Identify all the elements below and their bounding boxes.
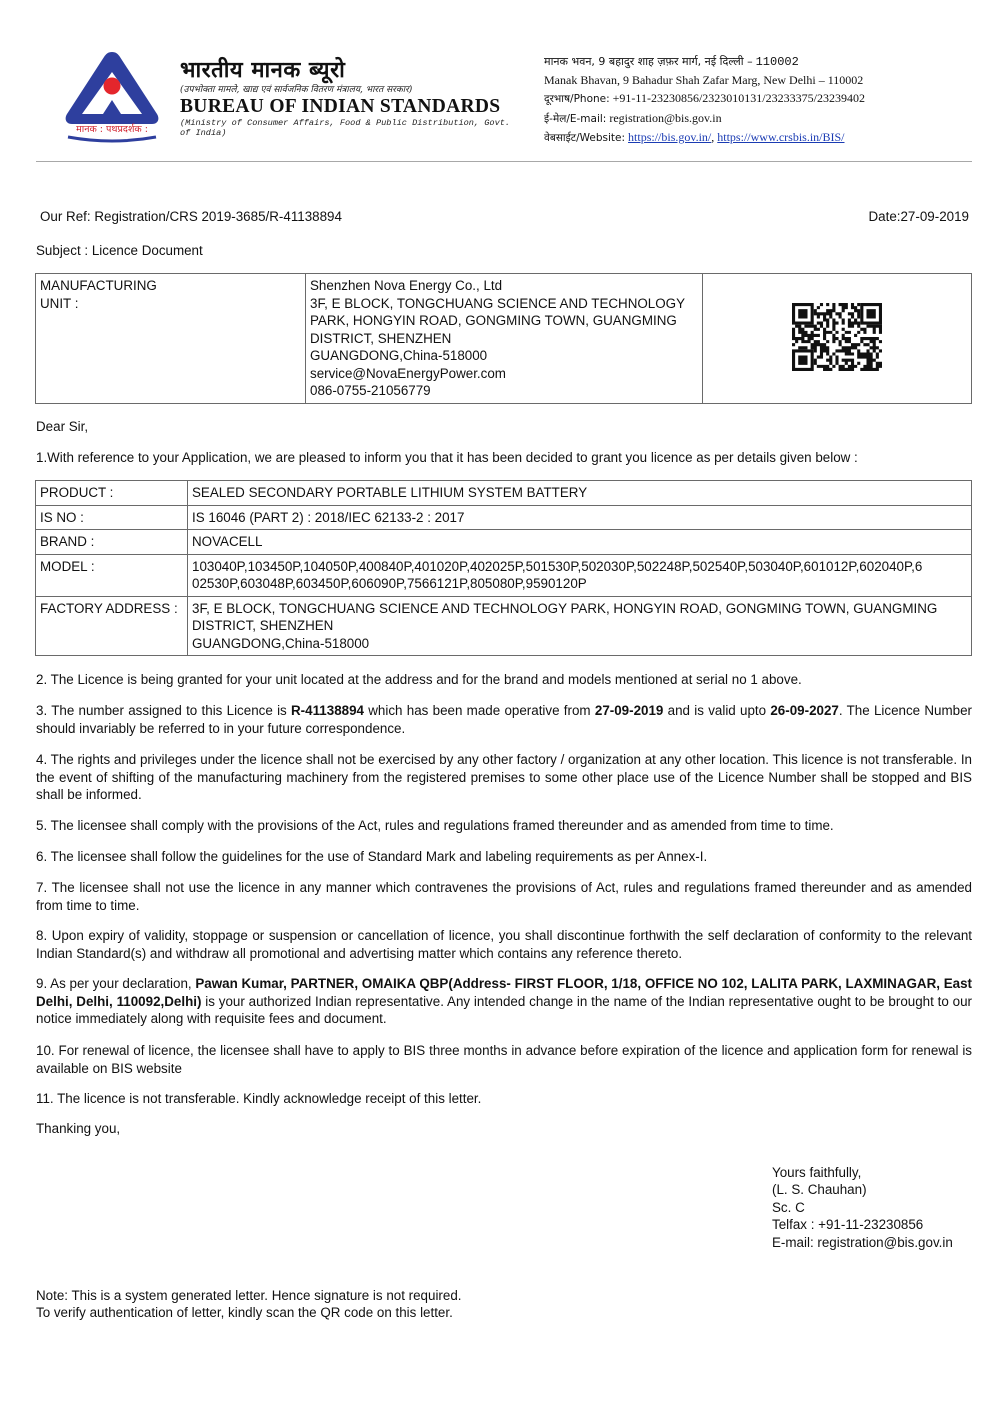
table-row: PRODUCT : SEALED SECONDARY PORTABLE LITH…: [36, 481, 972, 506]
company-name: Shenzhen Nova Energy Co., Ltd: [310, 277, 698, 295]
paragraph-10: 10. For renewal of licence, the licensee…: [36, 1042, 972, 1077]
address-line: DISTRICT, SHENZHEN: [310, 330, 698, 348]
address-line: 3F, E BLOCK, TONGCHUANG SCIENCE AND TECH…: [310, 295, 698, 313]
paragraph-3: 3. The number assigned to this Licence i…: [36, 702, 972, 737]
signatory-designation: Sc. C: [772, 1199, 953, 1216]
letter-date: Date:27-09-2019: [868, 209, 969, 224]
paragraph-7: 7. The licensee shall not use the licenc…: [36, 879, 972, 914]
organization-title: BUREAU OF INDIAN STANDARDS: [180, 96, 500, 118]
detail-value: NOVACELL: [188, 530, 972, 555]
table-row: MODEL : 103040P,103450P,104050P,400840P,…: [36, 554, 972, 596]
contact-block: मानक भवन, 9 बहादुर शाह ज़फ़र मार्ग, नई द…: [544, 52, 865, 147]
logo-motto: मानक : पथप्रदर्शक :: [64, 122, 160, 135]
ministry-subtitle: (Ministry of Consumer Affairs, Food & Pu…: [180, 118, 525, 138]
paragraph-11: 11. The licence is not transferable. Kin…: [36, 1090, 972, 1108]
licence-number: R-41138894: [291, 703, 364, 718]
paragraph-1: 1.With reference to your Application, we…: [36, 450, 858, 465]
email-label: ई-मेल/E-mail:: [544, 113, 606, 125]
signatory-telfax: Telfax : +91-11-23230856: [772, 1216, 953, 1233]
salutation: Dear Sir,: [36, 419, 88, 434]
text: which has been made operative from: [364, 703, 595, 718]
paragraph-9: 9. As per your declaration, Pawan Kumar,…: [36, 975, 972, 1028]
address: Manak Bhavan, 9 Bahadur Shah Zafar Marg,…: [544, 71, 865, 89]
note-line: Note: This is a system generated letter.…: [36, 1287, 462, 1304]
label-line: UNIT :: [40, 295, 301, 313]
qr-cell: [703, 274, 972, 404]
detail-key: BRAND :: [36, 530, 188, 555]
paragraph-2: 2. The Licence is being granted for your…: [36, 671, 972, 689]
signatory-name: (L. S. Chauhan): [772, 1181, 953, 1198]
hindi-title: भारतीय मानक ब्यूरो: [180, 54, 345, 84]
text: and is valid upto: [663, 703, 770, 718]
crsbis-website-link[interactable]: https://www.crsbis.in/BIS/: [717, 130, 844, 144]
licence-details-table: PRODUCT : SEALED SECONDARY PORTABLE LITH…: [35, 480, 972, 656]
thanking-line: Thanking you,: [36, 1121, 120, 1136]
note-line: To verify authentication of letter, kind…: [36, 1304, 462, 1321]
label-line: MANUFACTURING: [40, 277, 301, 295]
paragraph-6: 6. The licensee shall follow the guideli…: [36, 848, 972, 866]
address-line: PARK, HONGYIN ROAD, GONGMING TOWN, GUANG…: [310, 312, 698, 330]
our-ref: Our Ref: Registration/CRS 2019-3685/R-41…: [40, 209, 342, 224]
table-row: FACTORY ADDRESS : 3F, E BLOCK, TONGCHUAN…: [36, 596, 972, 656]
detail-value: 3F, E BLOCK, TONGCHUANG SCIENCE AND TECH…: [188, 596, 972, 656]
company-phone: 086-0755-21056779: [310, 382, 698, 400]
phone-number: +91-11-23230856/2323010131/23233375/2323…: [613, 91, 865, 105]
hindi-address-text: मानक भवन, 9 बहादुर शाह ज़फ़र मार्ग, नई द…: [544, 55, 753, 68]
qr-code-icon[interactable]: [792, 303, 882, 371]
paragraph-4: 4. The rights and privileges under the l…: [36, 751, 972, 804]
detail-value: IS 16046 (PART 2) : 2018/IEC 62133-2 : 2…: [188, 505, 972, 530]
detail-key: FACTORY ADDRESS :: [36, 596, 188, 656]
paragraph-8: 8. Upon expiry of validity, stoppage or …: [36, 927, 972, 962]
table-row: BRAND : NOVACELL: [36, 530, 972, 555]
email-address: registration@bis.gov.in: [609, 111, 721, 125]
manufacturing-unit-label: MANUFACTURING UNIT :: [36, 274, 306, 404]
text: 3. The number assigned to this Licence i…: [36, 703, 291, 718]
phone-label: दूरभाष/Phone:: [544, 93, 610, 105]
text: 9. As per your declaration,: [36, 976, 195, 991]
manufacturing-unit-table: MANUFACTURING UNIT : Shenzhen Nova Energ…: [35, 273, 972, 404]
signature-block: Yours faithfully, (L. S. Chauhan) Sc. C …: [772, 1164, 953, 1251]
website-label: वेबसाईट/Website:: [544, 132, 625, 144]
website-row: वेबसाईट/Website: https://bis.gov.in/, ht…: [544, 128, 865, 147]
detail-key: IS NO :: [36, 505, 188, 530]
address-line: GUANGDONG,China-518000: [310, 347, 698, 365]
detail-key: MODEL :: [36, 554, 188, 596]
bis-logo: मानक : पथप्रदर्शक :: [62, 48, 162, 143]
paragraph-5: 5. The licensee shall comply with the pr…: [36, 817, 972, 835]
footer-note: Note: This is a system generated letter.…: [36, 1287, 462, 1322]
hindi-address: मानक भवन, 9 बहादुर शाह ज़फ़र मार्ग, नई द…: [544, 52, 865, 71]
subject: Subject : Licence Document: [36, 243, 203, 258]
valid-to-date: 26-09-2027: [770, 703, 839, 718]
manufacturing-unit-details: Shenzhen Nova Energy Co., Ltd 3F, E BLOC…: [306, 274, 703, 404]
header-divider: [36, 161, 972, 162]
table-row: IS NO : IS 16046 (PART 2) : 2018/IEC 621…: [36, 505, 972, 530]
detail-value: SEALED SECONDARY PORTABLE LITHIUM SYSTEM…: [188, 481, 972, 506]
detail-value: 103040P,103450P,104050P,400840P,401020P,…: [188, 554, 972, 596]
email-row: ई-मेल/E-mail: registration@bis.gov.in: [544, 109, 865, 128]
website-separator: ,: [711, 130, 714, 144]
company-email: service@NovaEnergyPower.com: [310, 365, 698, 383]
valid-from-date: 27-09-2019: [595, 703, 664, 718]
closing: Yours faithfully,: [772, 1164, 953, 1181]
phone-row: दूरभाष/Phone: +91-11-23230856/2323010131…: [544, 89, 865, 108]
hindi-subtitle: (उपभोक्ता मामले, खाद्य एवं सार्वजनिक वित…: [180, 82, 412, 95]
bis-website-link[interactable]: https://bis.gov.in/: [628, 130, 711, 144]
table-row: MANUFACTURING UNIT : Shenzhen Nova Energ…: [36, 274, 972, 404]
hindi-pin: 110002: [756, 55, 799, 69]
detail-key: PRODUCT :: [36, 481, 188, 506]
signatory-email: E-mail: registration@bis.gov.in: [772, 1234, 953, 1251]
